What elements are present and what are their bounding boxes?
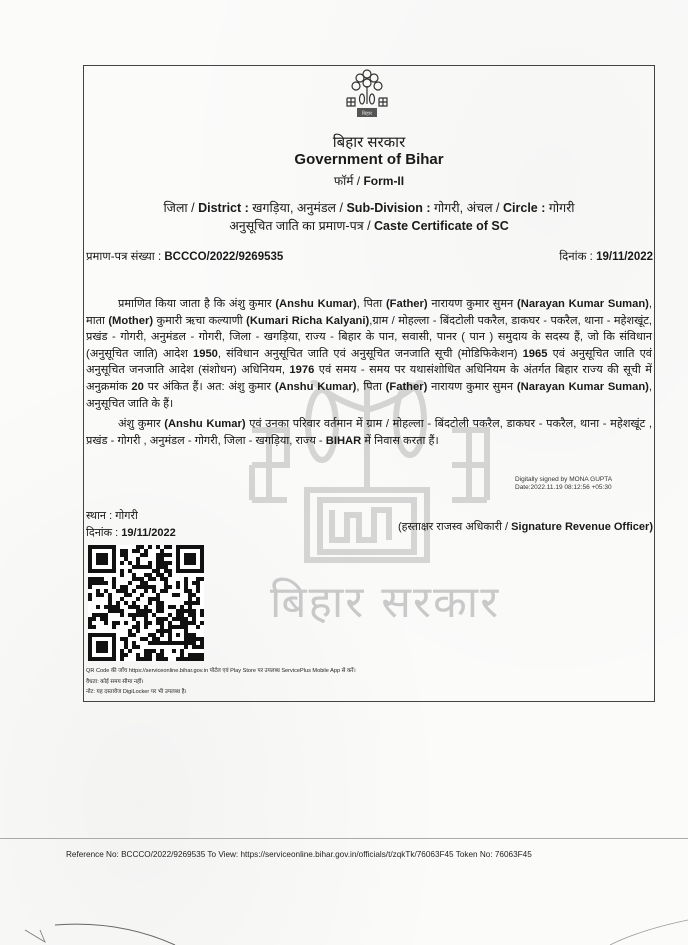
bold-text: (Mother) bbox=[108, 315, 153, 327]
qr-note-digilocker: नोट: यह दस्तावेज DigiLocker पर भी उपलब्ध… bbox=[86, 687, 356, 698]
bold-text: (Anshu Kumar) bbox=[275, 298, 356, 310]
bold-text: 1976 bbox=[289, 364, 314, 376]
text: नारायण कुमार सुमन bbox=[427, 381, 517, 393]
qr-note-validity: वैधता: कोई समय सीमा नहीं। bbox=[86, 677, 356, 688]
district-value: खगड़िया, अनुमंडल / bbox=[252, 201, 343, 215]
certification-paragraph: प्रमाणित किया जाता है कि अंशु कुमार (Ans… bbox=[86, 296, 652, 412]
issue-date: दिनांक : 19/11/2022 bbox=[86, 525, 176, 540]
place-value: गोगरी bbox=[115, 510, 138, 522]
certificate-type-en: Caste Certificate of SC bbox=[374, 219, 509, 233]
certificate-number-value: BCCCO/2022/9269535 bbox=[164, 251, 283, 263]
text: अंशु कुमार bbox=[118, 418, 164, 430]
form-label-english: Form-II bbox=[363, 174, 404, 188]
text: , पिता bbox=[357, 298, 386, 310]
signature-label-hi: (हस्ताक्षर राजस्व अधिकारी / bbox=[398, 521, 508, 533]
text: में निवास करता हैं। bbox=[361, 435, 439, 447]
bold-text: (Kumari Richa Kalyani) bbox=[246, 315, 369, 327]
text: नारायण कुमार सुमन bbox=[428, 298, 517, 310]
certificate-number: प्रमाण-पत्र संख्या : BCCCO/2022/9269535 bbox=[86, 249, 283, 264]
bold-text: (Anshu Kumar) bbox=[164, 418, 245, 430]
footer-divider bbox=[0, 838, 688, 839]
text: प्रमाणित किया जाता है कि अंशु कुमार bbox=[118, 298, 275, 310]
bold-text: 1965 bbox=[523, 348, 548, 360]
certificate-number-label: प्रमाण-पत्र संख्या : bbox=[86, 251, 161, 263]
digital-signature-signer: Digitally signed by MONA GUPTA bbox=[515, 476, 612, 484]
place: स्थान : गोगरी bbox=[86, 508, 138, 523]
qr-note-verify: QR Code की जाँच https://serviceonline.bi… bbox=[86, 666, 356, 677]
paper-curl bbox=[0, 900, 688, 945]
certificate-date-label: दिनांक : bbox=[559, 251, 593, 263]
bold-text: (Narayan Kumar Suman) bbox=[517, 381, 649, 393]
digital-signature-date: Date:2022.11.19 08:12:56 +05:30 bbox=[515, 484, 612, 492]
header-hindi-title: बिहार सरकार bbox=[83, 132, 655, 152]
issue-date-label: दिनांक : bbox=[86, 527, 118, 539]
bold-text: (Anshu Kumar) bbox=[275, 381, 357, 393]
bold-text: (Father) bbox=[386, 298, 428, 310]
watermark-text: बिहार सरकार bbox=[270, 570, 500, 630]
circle-value: गोगरी bbox=[549, 201, 575, 215]
text: कुमारी ऋचा कल्याणी bbox=[153, 315, 246, 327]
bold-text: BIHAR bbox=[326, 435, 361, 447]
text: पर अंकित हैं। अत: अंशु कुमार bbox=[144, 381, 275, 393]
signature-label: (हस्ताक्षर राजस्व अधिकारी / Signature Re… bbox=[398, 519, 653, 534]
circle-label: Circle : bbox=[503, 201, 545, 215]
certificate-type-hi: अनुसूचित जाति का प्रमाण-पत्र / bbox=[229, 219, 370, 233]
digital-signature: Digitally signed by MONA GUPTA Date:2022… bbox=[515, 476, 612, 492]
text: , संविधान अनुसूचित जाति एवं अनुसूचित जनज… bbox=[218, 348, 523, 360]
subdivision-label: Sub-Division : bbox=[346, 201, 430, 215]
certificate-date-value: 19/11/2022 bbox=[596, 251, 653, 263]
place-label: स्थान : bbox=[86, 510, 112, 522]
certificate-date: दिनांक : 19/11/2022 bbox=[559, 249, 653, 264]
district-label-hi: जिला / bbox=[163, 201, 194, 215]
bold-text: 20 bbox=[131, 381, 143, 393]
reference-line: Reference No: BCCCO/2022/9269535 To View… bbox=[66, 850, 532, 859]
signature-label-en: Signature Revenue Officer) bbox=[511, 521, 653, 533]
form-label-hindi: फॉर्म / bbox=[334, 174, 360, 188]
issue-date-value: 19/11/2022 bbox=[121, 527, 175, 539]
bihar-emblem-icon: बिहार bbox=[344, 66, 390, 122]
residence-paragraph: अंशु कुमार (Anshu Kumar) एवं उनका परिवार… bbox=[86, 416, 652, 449]
form-label: फॉर्म / Form-II bbox=[83, 172, 655, 189]
qr-code[interactable] bbox=[88, 545, 204, 661]
bold-text: (Father) bbox=[386, 381, 428, 393]
certificate-type: अनुसूचित जाति का प्रमाण-पत्र / Caste Cer… bbox=[83, 217, 655, 234]
bold-text: 1950 bbox=[193, 348, 218, 360]
text: , पिता bbox=[356, 381, 385, 393]
qr-notes: QR Code की जाँच https://serviceonline.bi… bbox=[86, 666, 356, 698]
bold-text: (Narayan Kumar Suman) bbox=[517, 298, 649, 310]
svg-text:बिहार: बिहार bbox=[362, 110, 373, 117]
subdivision-value: गोगरी, अंचल / bbox=[434, 201, 500, 215]
district-line: जिला / District : खगड़िया, अनुमंडल / Sub… bbox=[83, 199, 655, 216]
header-english-title: Government of Bihar bbox=[83, 151, 655, 168]
district-label-en: District : bbox=[198, 201, 249, 215]
